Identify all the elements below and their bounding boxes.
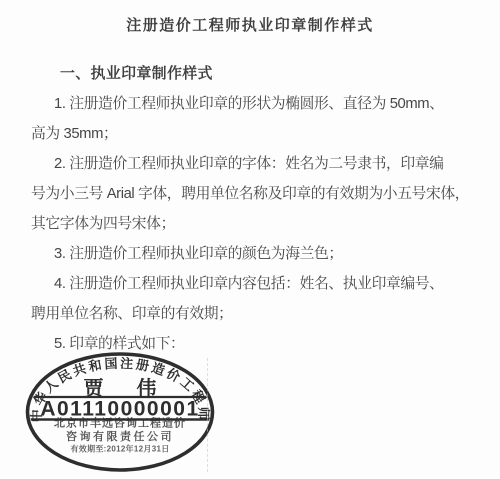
seal-holder-name: 贾 伟 (84, 376, 171, 400)
item-3-line-1: 3. 注册造价工程师执业印章的颜色为海兰色； (31, 239, 489, 269)
seal-company-line1: 北京市丰远咨询工程造价 (54, 416, 186, 430)
item-1-line-2: 高为 35mm； (31, 119, 489, 149)
item-4-line-1: 4. 注册造价工程师执业印章内容包括：姓名、执业印章编号、 (31, 269, 489, 299)
document-body: 一、执业印章制作样式 1. 注册造价工程师执业印章的形状为椭圆形、直径为 50m… (31, 59, 489, 359)
item-2-line-1: 2. 注册造价工程师执业印章的字体：姓名为二号隶书，印章编 (31, 149, 489, 179)
item-4-line-2: 聘用单位名称、印章的有效期； (31, 299, 489, 329)
practice-seal-image: 中华人民共和国注册造价工程师 贾 伟 A01110000001 北京市丰远咨询工… (24, 351, 216, 475)
item-1-line-1: 1. 注册造价工程师执业印章的形状为椭圆形、直径为 50mm、 (31, 89, 489, 119)
scan-artifact-line (207, 358, 208, 472)
seal-validity-date: 有效期至:2012年12月31日 (70, 444, 169, 454)
section-heading: 一、执业印章制作样式 (31, 59, 489, 89)
item-2-line-2: 号为小三号 Arial 字体，聘用单位名称及印章的有效期为小五号宋体， (31, 179, 489, 209)
scanned-document-page: 注册造价工程师执业印章制作样式 一、执业印章制作样式 1. 注册造价工程师执业印… (0, 0, 500, 479)
seal-company-line2: 咨询有限责任公司 (66, 429, 174, 443)
document-title: 注册造价工程师执业印章制作样式 (0, 14, 500, 35)
practice-seal: 中华人民共和国注册造价工程师 贾 伟 A01110000001 北京市丰远咨询工… (24, 351, 216, 475)
item-2-line-3: 其它字体为四号宋体； (31, 209, 489, 239)
